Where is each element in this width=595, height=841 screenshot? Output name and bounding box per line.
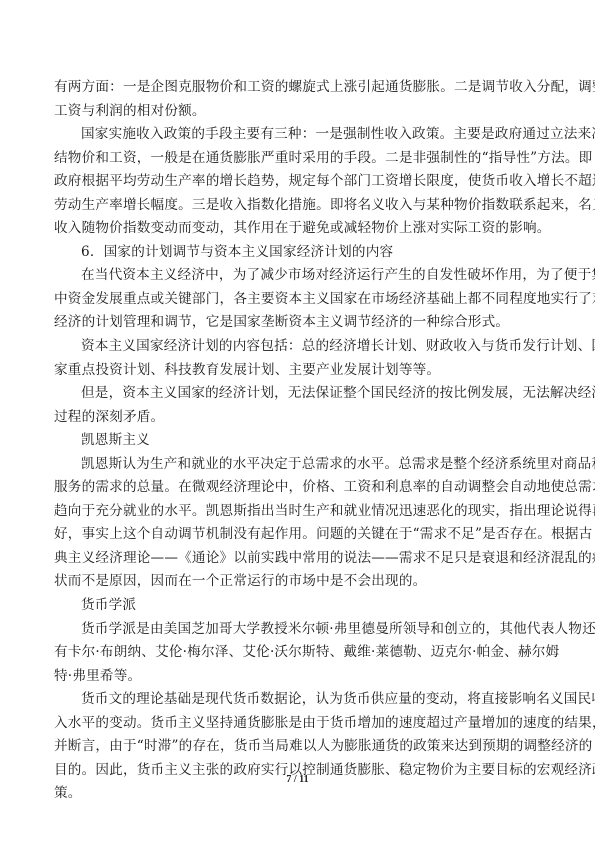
paragraph: 国家实施收入政策的手段主要有三种：一是强制性收入政策。主要是政府通过立法来冻结物… xyxy=(54,123,537,241)
paragraph: 货币学派是由美国芝加哥大学教授米尔顿·弗里德曼所领导和创立的，其他代表人物还有卡… xyxy=(54,618,537,689)
text-line: 工资与利润的相对份额。 xyxy=(54,100,537,124)
text-line: 货币学派 xyxy=(54,594,537,618)
text-line: 货币文的理论基础是现代货币数据论，认为货币供应量的变动，将直接影响名义国民收 xyxy=(54,688,537,712)
text-line: 策。 xyxy=(54,782,537,806)
text-line: 资本主义国家经济计划的内容包括：总的经济增长计划、财政收入与货币发行计划、国 xyxy=(54,335,537,359)
text-line: 6．国家的计划调节与资本主义国家经济计划的内容 xyxy=(54,241,537,265)
paragraph: 货币文的理论基础是现代货币数据论，认为货币供应量的变动，将直接影响名义国民收入水… xyxy=(54,688,537,806)
text-line: 过程的深刻矛盾。 xyxy=(54,406,537,430)
text-line: 服务的需求的总量。在微观经济理论中，价格、工资和利息率的自动调整会自动地使总需求 xyxy=(54,476,537,500)
section-heading: 6．国家的计划调节与资本主义国家经济计划的内容 xyxy=(54,241,537,265)
paragraph: 凯恩斯认为生产和就业的水平决定于总需求的水平。总需求是整个经济系统里对商品和服务… xyxy=(54,453,537,594)
paragraph: 有两方面：一是企图克服物价和工资的螺旋式上涨引起通货膨胀。二是调节收入分配，调整… xyxy=(54,76,537,123)
text-line: 中资金发展重点或关键部门，各主要资本主义国家在市场经济基础上都不同程度地实行了对 xyxy=(54,288,537,312)
paragraph: 资本主义国家经济计划的内容包括：总的经济增长计划、财政收入与货币发行计划、国家重… xyxy=(54,335,537,382)
text-line: 趋向于充分就业的水平。凯恩斯指出当时生产和就业情况迅速恶化的现实，指出理论说得再 xyxy=(54,500,537,524)
text-line: 在当代资本主义经济中，为了减少市场对经济运行产生的自发性破坏作用，为了便于集 xyxy=(54,264,537,288)
text-line: 有卡尔·布朗纳、艾伦·梅尔泽、艾伦·沃尔斯特、戴维·莱德勒、迈克尔·帕金、赫尔姆 xyxy=(54,641,537,665)
paragraph: 但是，资本主义国家的经济计划，无法保证整个国民经济的按比例发展，无法解决经济过程… xyxy=(54,382,537,429)
text-line: 家重点投资计划、科技教育发展计划、主要产业发展计划等等。 xyxy=(54,359,537,383)
paragraph: 在当代资本主义经济中，为了减少市场对经济运行产生的自发性破坏作用，为了便于集中资… xyxy=(54,264,537,335)
document-body: 有两方面：一是企图克服物价和工资的螺旋式上涨引起通货膨胀。二是调节收入分配，调整… xyxy=(54,76,537,806)
text-line: 入水平的变动。货币主义坚持通货膨胀是由于货币增加的速度超过产量增加的速度的结果， xyxy=(54,712,537,736)
text-line: 经济的计划管理和调节，它是国家垄断资本主义调节经济的一种综合形式。 xyxy=(54,311,537,335)
text-line: 但是，资本主义国家的经济计划，无法保证整个国民经济的按比例发展，无法解决经济 xyxy=(54,382,537,406)
text-line: 好，事实上这个自动调节机制没有起作用。问题的关键在于“需求不足”是否存在。根据古 xyxy=(54,523,537,547)
text-line: 国家实施收入政策的手段主要有三种：一是强制性收入政策。主要是政府通过立法来冻 xyxy=(54,123,537,147)
text-line: 凯恩斯认为生产和就业的水平决定于总需求的水平。总需求是整个经济系统里对商品和 xyxy=(54,453,537,477)
text-line: 状而不是原因，因而在一个正常运行的市场中是不会出现的。 xyxy=(54,570,537,594)
text-line: 有两方面：一是企图克服物价和工资的螺旋式上涨引起通货膨胀。二是调节收入分配，调整 xyxy=(54,76,537,100)
page-number: 7 / 11 xyxy=(0,774,595,785)
text-line: 结物价和工资，一般是在通货膨胀严重时采用的手段。二是非强制性的“指导性”方法。即 xyxy=(54,147,537,171)
text-line: 货币学派是由美国芝加哥大学教授米尔顿·弗里德曼所领导和创立的，其他代表人物还 xyxy=(54,618,537,642)
text-line: 凯恩斯主义 xyxy=(54,429,537,453)
text-line: 收入随物价指数变动而变动，其作用在于避免或减轻物价上涨对实际工资的影响。 xyxy=(54,217,537,241)
text-line: 典主义经济理论——《通论》以前实践中常用的说法——需求不足只是衰退和经济混乱的症 xyxy=(54,547,537,571)
text-line: 并断言，由于“时滞”的存在，货币当局难以人为膨胀通货的政策来达到预期的调整经济的 xyxy=(54,735,537,759)
text-line: 政府根据平均劳动生产率的增长趋势，规定每个部门工资增长限度，使货币收入增长不超过 xyxy=(54,170,537,194)
section-heading: 货币学派 xyxy=(54,594,537,618)
text-line: 特·弗里希等。 xyxy=(54,665,537,689)
text-line: 劳动生产率增长幅度。三是收入指数化措施。即将名义收入与某种物价指数联系起来，名义 xyxy=(54,194,537,218)
section-heading: 凯恩斯主义 xyxy=(54,429,537,453)
